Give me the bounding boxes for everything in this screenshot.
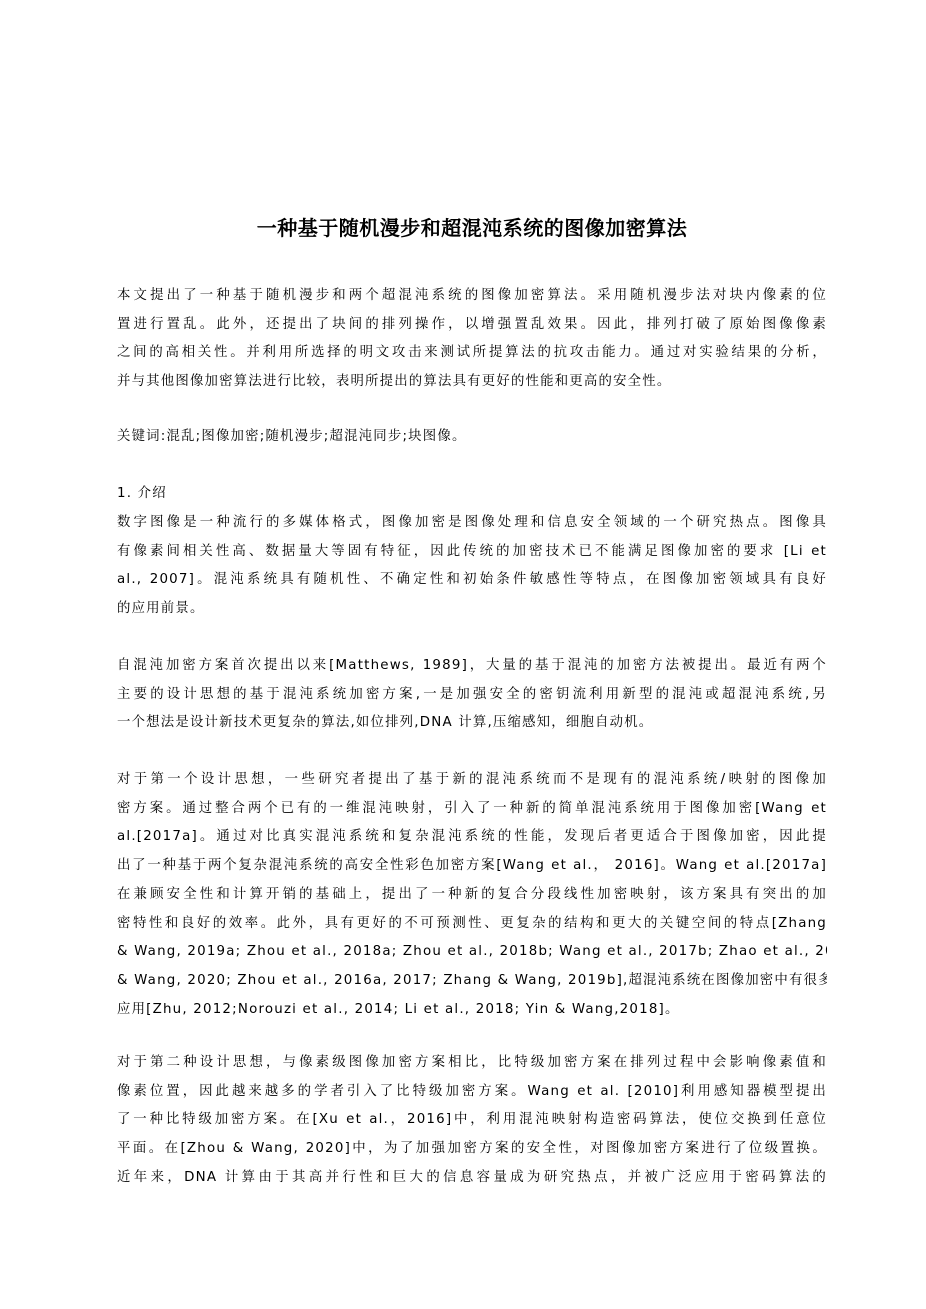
abstract-line: 并与其他图像加密算法进行比较，表明所提出的算法具有更好的性能和更高的安全性。 — [117, 368, 827, 397]
paragraph-line: 主要的设计思想的基于混沌系统加密方案,一是加强安全的密钥流利用新型的混沌或超混沌… — [117, 681, 827, 710]
paragraph-line: & Wang, 2020; Zhou et al., 2016a, 2017; … — [117, 967, 827, 996]
paragraph-line: 平面。在[Zhou & Wang, 2020]中，为了加强加密方案的安全性，对图… — [117, 1135, 827, 1164]
document-title: 一种基于随机漫步和超混沌系统的图像加密算法 — [117, 214, 827, 242]
paragraph-line: 出了一种基于两个复杂混沌系统的高安全性彩色加密方案[Wang et al.， 2… — [117, 852, 827, 881]
paragraph-line: 对于第一个设计思想，一些研究者提出了基于新的混沌系统而不是现有的混沌系统/映射的… — [117, 766, 827, 795]
keywords-line: 关键词:混乱;图像加密;随机漫步;超混沌同步;块图像。 — [117, 423, 827, 452]
paragraph-line: 的应用前景。 — [117, 595, 827, 624]
paragraph-line: 密方案。通过整合两个已有的一维混沌映射，引入了一种新的简单混沌系统用于图像加密[… — [117, 795, 827, 824]
keywords: 关键词:混乱;图像加密;随机漫步;超混沌同步;块图像。 — [117, 423, 827, 452]
paragraph-2: 自混沌加密方案首次提出以来[Matthews, 1989]，大量的基于混沌的加密… — [117, 652, 827, 738]
paragraph-line: al., 2007]。混沌系统具有随机性、不确定性和初始条件敏感性等特点，在图像… — [117, 566, 827, 595]
paragraph-line: al.[2017a]。通过对比真实混沌系统和复杂混沌系统的性能，发现后者更适合于… — [117, 823, 827, 852]
paragraph-line: 了一种比特级加密方案。在[Xu et al.，2016]中，利用混沌映射构造密码… — [117, 1106, 827, 1135]
paragraph-line: 对于第二种设计思想，与像素级图像加密方案相比，比特级加密方案在排列过程中会影响像… — [117, 1049, 827, 1078]
paragraph-line: 数字图像是一种流行的多媒体格式，图像加密是图像处理和信息安全领域的一个研究热点。… — [117, 509, 827, 538]
section-heading: 1. 介绍 — [117, 480, 827, 509]
paragraph-line: 密特性和良好的效率。此外，具有更好的不可预测性、更复杂的结构和更大的关键空间的特… — [117, 910, 827, 939]
paragraph-4: 对于第二种设计思想，与像素级图像加密方案相比，比特级加密方案在排列过程中会影响像… — [117, 1049, 827, 1193]
paragraph-line: & Wang, 2019a; Zhou et al., 2018a; Zhou … — [117, 938, 827, 967]
section-heading-text: 1. 介绍 — [117, 480, 827, 509]
paragraph-line: 像素位置，因此越来越多的学者引入了比特级加密方案。Wang et al. [20… — [117, 1078, 827, 1107]
paragraph-line: 在兼顾安全性和计算开销的基础上，提出了一种新的复合分段线性加密映射，该方案具有突… — [117, 881, 827, 910]
paragraph-line: 近年来，DNA 计算由于其高并行性和巨大的信息容量成为研究热点，并被广泛应用于密… — [117, 1164, 827, 1193]
abstract-line: 置进行置乱。此外，还提出了块间的排列操作，以增强置乱效果。因此，排列打破了原始图… — [117, 311, 827, 340]
paragraph-line: 自混沌加密方案首次提出以来[Matthews, 1989]，大量的基于混沌的加密… — [117, 652, 827, 681]
abstract-line: 本文提出了一种基于随机漫步和两个超混沌系统的图像加密算法。采用随机漫步法对块内像… — [117, 282, 827, 311]
paragraph-1: 数字图像是一种流行的多媒体格式，图像加密是图像处理和信息安全领域的一个研究热点。… — [117, 509, 827, 624]
abstract-line: 之间的高相关性。并利用所选择的明文攻击来测试所提算法的抗攻击能力。通过对实验结果… — [117, 339, 827, 368]
abstract: 本文提出了一种基于随机漫步和两个超混沌系统的图像加密算法。采用随机漫步法对块内像… — [117, 282, 827, 397]
paragraph-line: 有像素间相关性高、数据量大等固有特征，因此传统的加密技术已不能满足图像加密的要求… — [117, 538, 827, 567]
paragraph-3: 对于第一个设计思想，一些研究者提出了基于新的混沌系统而不是现有的混沌系统/映射的… — [117, 766, 827, 1024]
paragraph-line: 一个想法是设计新技术更复杂的算法,如位排列,DNA 计算,压缩感知，细胞自动机。 — [117, 709, 827, 738]
paragraph-line: 应用[Zhu, 2012;Norouzi et al., 2014; Li et… — [117, 996, 827, 1025]
